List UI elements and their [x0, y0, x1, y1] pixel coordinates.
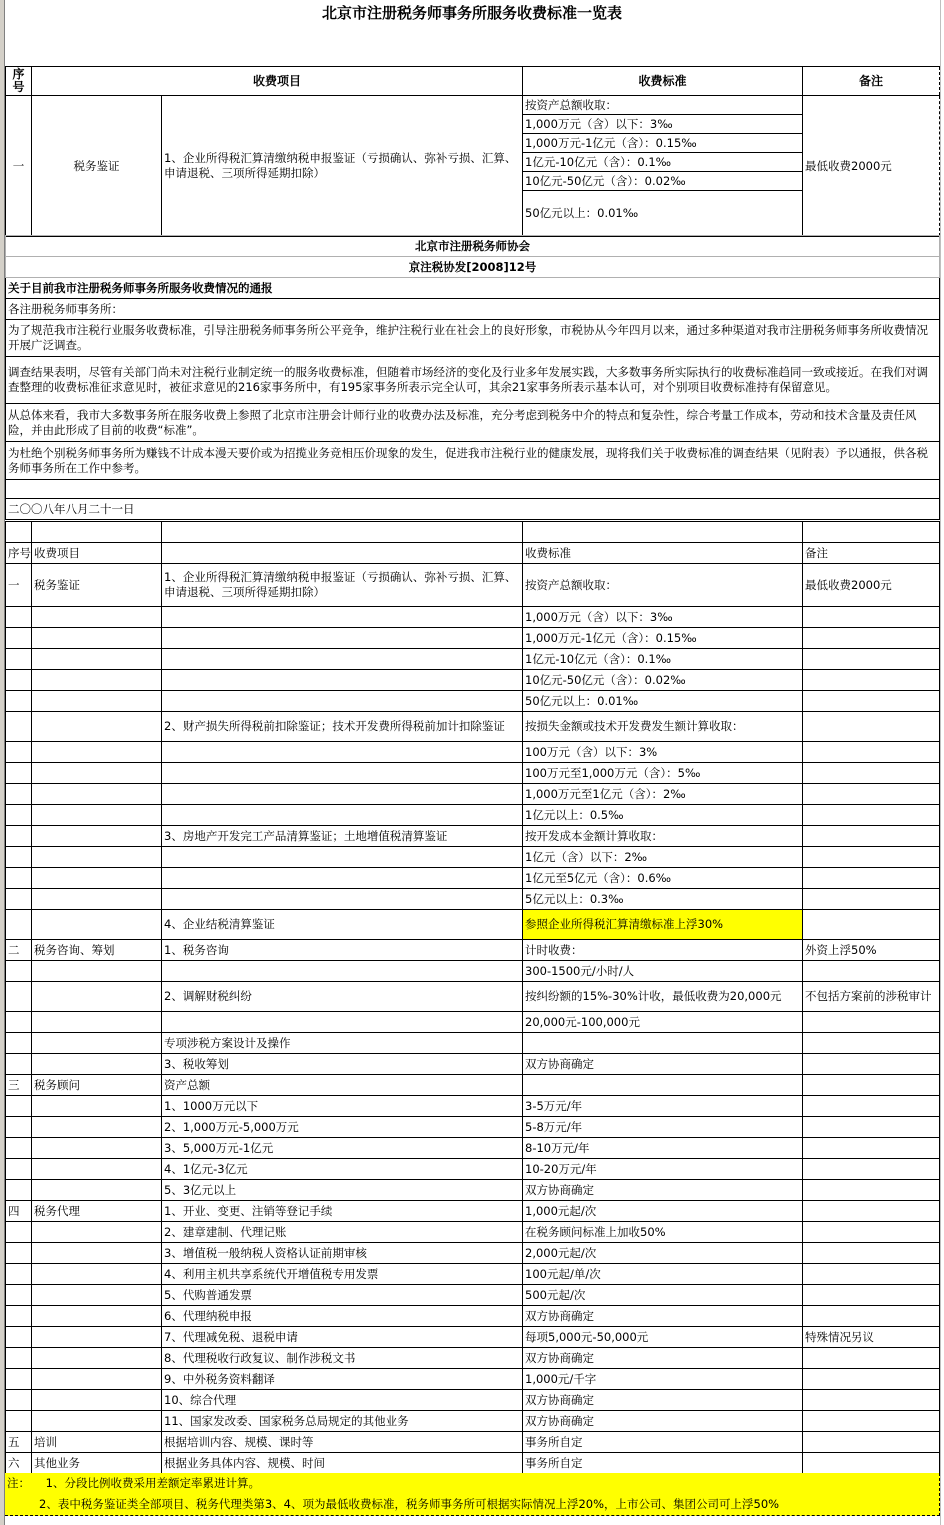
- row-item: 5、3亿元以上: [162, 1180, 523, 1201]
- row-standard: 1,000元/千字: [523, 1369, 803, 1390]
- row-standard: 100万元（含）以下：3%: [523, 742, 803, 763]
- row-category: 培训: [32, 1432, 162, 1453]
- row-no: [6, 1285, 32, 1306]
- table-row: 4、利用主机共享系统代开增值税专用发票100元起/单/次: [6, 1264, 940, 1285]
- cell: [32, 522, 162, 543]
- row-category: [32, 712, 162, 742]
- row-remark: [803, 1453, 940, 1474]
- row-standard: 1,000万元（含）以下：3‰: [523, 607, 803, 628]
- row-category: 税务鉴证: [32, 96, 162, 237]
- row-category: [32, 1096, 162, 1117]
- row-item: 9、中外税务资料翻译: [162, 1369, 523, 1390]
- fee-table: 序号收费项目收费标准备注一税务鉴证1、企业所得税汇算清缴纳税申报鉴证（亏损确认、…: [5, 521, 940, 1474]
- row-no: [6, 649, 32, 670]
- row-remark: [803, 847, 940, 868]
- row-standard: 按资产总额收取：: [523, 564, 803, 607]
- row-remark: [803, 691, 940, 712]
- row-category: [32, 868, 162, 889]
- notice-date: 二〇〇八年八月二十一日: [6, 499, 940, 520]
- row-standard: 100万元至1,000万元（含）：5‰: [523, 763, 803, 784]
- row-standard: 10-20万元/年: [523, 1159, 803, 1180]
- header-item: 收费项目: [32, 543, 162, 564]
- table-row: 2、1,000万元-5,000万元5-8万元/年: [6, 1117, 940, 1138]
- row-item: 1、税务咨询: [162, 940, 523, 961]
- row-item: 3、房地产开发完工产品清算鉴证；土地增值税清算鉴证: [162, 826, 523, 847]
- row-category: [32, 763, 162, 784]
- row-no: [6, 628, 32, 649]
- row-standard: 5亿元以上：0.3‰: [523, 889, 803, 910]
- table-row: 1,000万元（含）以下：3‰: [6, 607, 940, 628]
- row-no: [6, 910, 32, 940]
- row-no: 五: [6, 1432, 32, 1453]
- row-no: [6, 1348, 32, 1369]
- row-category: [32, 847, 162, 868]
- row-item: 根据培训内容、规模、课时等: [162, 1432, 523, 1453]
- header-row: 序号收费项目收费标准备注: [6, 543, 940, 564]
- row-standard: 1亿元-10亿元（含）：0.1‰: [523, 649, 803, 670]
- row-category: 税务顾问: [32, 1075, 162, 1096]
- row-remark: [803, 763, 940, 784]
- cell: [523, 522, 803, 543]
- row-item: [162, 607, 523, 628]
- row-standard: 事务所自定: [523, 1432, 803, 1453]
- row-no: [6, 1411, 32, 1432]
- row-standard: 1,000万元-1亿元（含）：0.15‰: [523, 628, 803, 649]
- cell: [803, 522, 940, 543]
- row-item: 8、代理税收行政复议、制作涉税文书: [162, 1348, 523, 1369]
- row-item: [162, 670, 523, 691]
- row-remark: [803, 1201, 940, 1222]
- table-row: 1亿元（含）以下：2‰: [6, 847, 940, 868]
- row-remark: [803, 868, 940, 889]
- row-category: [32, 1411, 162, 1432]
- empty-row: [6, 480, 940, 499]
- row-remark: 外资上浮50%: [803, 940, 940, 961]
- row-no: [6, 889, 32, 910]
- row-standard: 每项5,000元-50,000元: [523, 1327, 803, 1348]
- notes-label: 注：: [7, 1476, 30, 1490]
- row-item: [162, 649, 523, 670]
- row-remark: [803, 649, 940, 670]
- row-standard: 双方协商确定: [523, 1306, 803, 1327]
- row-standard: [523, 1075, 803, 1096]
- notice-paragraph: 为了规范我市注税行业服务收费标准，引导注册税务师事务所公平竞争，维护注税行业在社…: [6, 320, 940, 357]
- row-remark: [803, 1348, 940, 1369]
- row-standard: 20,000元-100,000元: [523, 1012, 803, 1033]
- row-standard: 3-5万元/年: [523, 1096, 803, 1117]
- row-remark: [803, 826, 940, 847]
- row-remark: [803, 1222, 940, 1243]
- row-item: [162, 889, 523, 910]
- row-standard: 5-8万元/年: [523, 1117, 803, 1138]
- row-standard: 1,000元起/次: [523, 1201, 803, 1222]
- table-row: 6、代理纳税申报双方协商确定: [6, 1306, 940, 1327]
- row-no: [6, 1306, 32, 1327]
- row-category: [32, 1222, 162, 1243]
- row-standard: 2,000元起/次: [523, 1243, 803, 1264]
- row-remark: [803, 607, 940, 628]
- row-no: 四: [6, 1201, 32, 1222]
- row-item: 3、税收筹划: [162, 1054, 523, 1075]
- table-row: 10亿元-50亿元（含）：0.02‰: [6, 670, 940, 691]
- rate-line: 1亿元-10亿元（含）：0.1‰: [523, 153, 802, 172]
- note-line: 2、表中税务鉴证类全部项目、税务代理类第3、4、项为最低收费标准，税务师事务所可…: [5, 1494, 941, 1515]
- table-row: 10、综合代理双方协商确定: [6, 1390, 940, 1411]
- row-remark: [803, 889, 940, 910]
- row-no: [6, 868, 32, 889]
- row-remark: [803, 1390, 940, 1411]
- header-remark: 备注: [803, 543, 940, 564]
- header-standard: 收费标准: [523, 543, 803, 564]
- row-no: [6, 1390, 32, 1411]
- row-no: [6, 1159, 32, 1180]
- notes-block: 注： 1、分段比例收费采用差额定率累进计算。 2、表中税务鉴证类全部项目、税务代…: [5, 1473, 940, 1516]
- table-row: 7、代理减免税、退税申请每项5,000元-50,000元特殊情况另议: [6, 1327, 940, 1348]
- row-item: 3、增值税一般纳税人资格认证前期审核: [162, 1243, 523, 1264]
- row-remark: [803, 805, 940, 826]
- row-remark: [803, 1117, 940, 1138]
- row-standard: 100元起/单/次: [523, 1264, 803, 1285]
- row-category: 税务鉴证: [32, 564, 162, 607]
- table-row: 50亿元以上：0.01‰: [6, 691, 940, 712]
- row-category: [32, 1033, 162, 1054]
- row-no: [6, 826, 32, 847]
- row-item: 4、1亿元-3亿元: [162, 1159, 523, 1180]
- row-item: 4、利用主机共享系统代开增值税专用发票: [162, 1264, 523, 1285]
- row-remark: [803, 1432, 940, 1453]
- row-no: [6, 1096, 32, 1117]
- row-no: 二: [6, 940, 32, 961]
- row-item: 2、1,000万元-5,000万元: [162, 1117, 523, 1138]
- header-no-text: 序号: [8, 68, 29, 94]
- row-category: [32, 961, 162, 982]
- row-item: 1、企业所得税汇算清缴纳税申报鉴证（亏损确认、弥补亏损、汇算、申请退税、三项所得…: [162, 96, 523, 237]
- row-no: [6, 1180, 32, 1201]
- row-remark: [803, 961, 940, 982]
- row-no: [6, 670, 32, 691]
- table-row: 1亿元以上：0.5‰: [6, 805, 940, 826]
- row-no: [6, 1033, 32, 1054]
- row-category: [32, 607, 162, 628]
- notice-block: 北京市注册税务师协会 京注税协发[2008]12号 关于目前我市注册税务师事务所…: [5, 235, 940, 520]
- table-row: 3、5,000万元-1亿元8-10万元/年: [6, 1138, 940, 1159]
- row-no: [6, 691, 32, 712]
- row-remark: [803, 1411, 940, 1432]
- table-row: 3、增值税一般纳税人资格认证前期审核2,000元起/次: [6, 1243, 940, 1264]
- row-remark: [803, 1180, 940, 1201]
- notice-doc-no: 京注税协发[2008]12号: [6, 257, 940, 278]
- row-remark: [803, 1096, 940, 1117]
- row-remark: [803, 712, 940, 742]
- row-remark: [803, 1054, 940, 1075]
- row-item: [162, 742, 523, 763]
- table-row: 100万元（含）以下：3%: [6, 742, 940, 763]
- row-item: 4、企业结税清算鉴证: [162, 910, 523, 940]
- row-standard: 50亿元以上：0.01‰: [523, 691, 803, 712]
- row-standard: 事务所自定: [523, 1453, 803, 1474]
- row-standard: 双方协商确定: [523, 1411, 803, 1432]
- empty-row: [6, 522, 940, 543]
- row-category: [32, 691, 162, 712]
- row-standard: 1亿元以上：0.5‰: [523, 805, 803, 826]
- row-remark: 最低收费2000元: [803, 564, 940, 607]
- header-sub: [162, 543, 523, 564]
- table-row: 专项涉税方案设计及操作: [6, 1033, 940, 1054]
- table-row: 2、调解财税纠纷按纠纷额的15%-30%计收，最低收费为20,000元不包括方案…: [6, 982, 940, 1012]
- table-row: 1,000万元至1亿元（含）：2‰: [6, 784, 940, 805]
- row-item: 1、企业所得税汇算清缴纳税申报鉴证（亏损确认、弥补亏损、汇算、申请退税、三项所得…: [162, 564, 523, 607]
- row-no: 一: [6, 564, 32, 607]
- row-item: 2、财产损失所得税前扣除鉴证；技术开发费所得税前加计扣除鉴证: [162, 712, 523, 742]
- row-no: [6, 1054, 32, 1075]
- row-remark: [803, 1306, 940, 1327]
- row-category: [32, 1243, 162, 1264]
- row-item: [162, 868, 523, 889]
- row-category: [32, 628, 162, 649]
- row-no: [6, 742, 32, 763]
- row-remark: [803, 1285, 940, 1306]
- table-row: 100万元至1,000万元（含）：5‰: [6, 763, 940, 784]
- row-no: [6, 1012, 32, 1033]
- row-standard: 按开发成本金额计算收取：: [523, 826, 803, 847]
- rate-line: 按资产总额收取：: [523, 96, 802, 115]
- table-row: 5、代购普通发票500元起/次: [6, 1285, 940, 1306]
- row-category: [32, 742, 162, 763]
- table-row: 3、房地产开发完工产品清算鉴证；土地增值税清算鉴证按开发成本金额计算收取：: [6, 826, 940, 847]
- rate-line: 1,000万元-1亿元（含）：0.15‰: [523, 134, 802, 153]
- row-remark: [803, 1012, 940, 1033]
- row-category: [32, 1369, 162, 1390]
- table-row: 1亿元至5亿元（含）：0.6‰: [6, 868, 940, 889]
- row-item: 专项涉税方案设计及操作: [162, 1033, 523, 1054]
- row-item: 2、建章建制、代理记账: [162, 1222, 523, 1243]
- row-no: [6, 982, 32, 1012]
- row-category: [32, 1180, 162, 1201]
- table-row: 3、税收筹划双方协商确定: [6, 1054, 940, 1075]
- header-item: 收费项目: [32, 67, 523, 96]
- row-remark: 特殊情况另议: [803, 1327, 940, 1348]
- table-row: 20,000元-100,000元: [6, 1012, 940, 1033]
- table-row: 300-1500元/小时/人: [6, 961, 940, 982]
- row-remark: [803, 1075, 940, 1096]
- table-row: 六其他业务根据业务具体内容、规模、时间事务所自定: [6, 1453, 940, 1474]
- row-standard: 按损失金额或技术开发费发生额计算收取：: [523, 712, 803, 742]
- row-remark: [803, 1243, 940, 1264]
- row-category: [32, 1117, 162, 1138]
- table-row: 三税务顾问资产总额: [6, 1075, 940, 1096]
- row-item: [162, 961, 523, 982]
- table-row: 11、国家发改委、国家税务总局规定的其他业务双方协商确定: [6, 1411, 940, 1432]
- row-item: 2、调解财税纠纷: [162, 982, 523, 1012]
- row-item: 7、代理减免税、退税申请: [162, 1327, 523, 1348]
- table-row: 四税务代理1、开业、变更、注销等登记手续1,000元起/次: [6, 1201, 940, 1222]
- row-standard: 计时收费：: [523, 940, 803, 961]
- row-category: [32, 1012, 162, 1033]
- header-remark: 备注: [803, 67, 940, 96]
- row-no: [6, 805, 32, 826]
- table-row: 2、财产损失所得税前扣除鉴证；技术开发费所得税前加计扣除鉴证按损失金额或技术开发…: [6, 712, 940, 742]
- row-item: [162, 763, 523, 784]
- row-category: [32, 1159, 162, 1180]
- row-standard: 在税务顾问标准上加收50%: [523, 1222, 803, 1243]
- row-item: 根据业务具体内容、规模、时间: [162, 1453, 523, 1474]
- row-standard: 按纠纷额的15%-30%计收，最低收费为20,000元: [523, 982, 803, 1012]
- row-no: [6, 1369, 32, 1390]
- table-row: 5、3亿元以上双方协商确定: [6, 1180, 940, 1201]
- row-no: [6, 763, 32, 784]
- notice-paragraph: 从总体来看，我市大多数事务所在服务收费上参照了北京市注册会计师行业的收费办法及标…: [6, 404, 940, 442]
- notice-subject: 关于目前我市注册税务师事务所服务收费情况的通报: [6, 278, 940, 299]
- row-category: [32, 1390, 162, 1411]
- row-standard: 10亿元-50亿元（含）：0.02‰: [523, 670, 803, 691]
- table-row: 8、代理税收行政复议、制作涉税文书双方协商确定: [6, 1348, 940, 1369]
- row-standard: 参照企业所得税汇算清缴标准上浮30%: [523, 910, 803, 940]
- row-category: [32, 1306, 162, 1327]
- summary-table: 序号 收费项目 收费标准 备注 一 税务鉴证 1、企业所得税汇算清缴纳税申报鉴证…: [5, 66, 940, 237]
- row-item: [162, 847, 523, 868]
- row-remark: [803, 670, 940, 691]
- note-line: 注： 1、分段比例收费采用差额定率累进计算。: [5, 1473, 941, 1494]
- row-item: [162, 1012, 523, 1033]
- row-category: [32, 982, 162, 1012]
- note-text: 1、分段比例收费采用差额定率累进计算。: [34, 1476, 260, 1490]
- row-standard: 双方协商确定: [523, 1180, 803, 1201]
- row-standard: 双方协商确定: [523, 1054, 803, 1075]
- row-no: [6, 961, 32, 982]
- row-no: [6, 1117, 32, 1138]
- row-item: [162, 628, 523, 649]
- row-category: [32, 826, 162, 847]
- rate-list: 按资产总额收取：1,000万元（含）以下：3‰1,000万元-1亿元（含）：0.…: [523, 96, 803, 237]
- row-item: 3、5,000万元-1亿元: [162, 1138, 523, 1159]
- row-standard: 500元起/次: [523, 1285, 803, 1306]
- row-item: [162, 784, 523, 805]
- row-no: [6, 1243, 32, 1264]
- header-no: 序号: [6, 543, 32, 564]
- row-category: [32, 649, 162, 670]
- row-item: 6、代理纳税申报: [162, 1306, 523, 1327]
- row-category: [32, 1348, 162, 1369]
- right-gutter: [940, 0, 944, 1525]
- row-item: [162, 691, 523, 712]
- cell: [6, 522, 32, 543]
- row-no: [6, 1138, 32, 1159]
- row-item: 11、国家发改委、国家税务总局规定的其他业务: [162, 1411, 523, 1432]
- row-category: [32, 1327, 162, 1348]
- row-standard: 300-1500元/小时/人: [523, 961, 803, 982]
- row-category: [32, 1264, 162, 1285]
- rate-line: 1,000万元（含）以下：3‰: [523, 115, 802, 134]
- row-remark: 不包括方案前的涉税审计: [803, 982, 940, 1012]
- row-remark: [803, 784, 940, 805]
- row-no: [6, 1222, 32, 1243]
- row-remark: [803, 628, 940, 649]
- rate-line: 10亿元-50亿元（含）：0.02‰: [523, 172, 802, 191]
- row-remark: 最低收费2000元: [803, 96, 940, 237]
- row-standard: 双方协商确定: [523, 1390, 803, 1411]
- notice-paragraph: 调查结果表明，尽管有关部门尚未对注税行业制定统一的服务收费标准，但随着市场经济的…: [6, 357, 940, 404]
- row-no: 三: [6, 1075, 32, 1096]
- row-category: 税务代理: [32, 1201, 162, 1222]
- row-no: [6, 1327, 32, 1348]
- row-item: 10、综合代理: [162, 1390, 523, 1411]
- row-standard: 双方协商确定: [523, 1348, 803, 1369]
- row-no: [6, 1264, 32, 1285]
- row-category: [32, 670, 162, 691]
- row-standard: 1亿元（含）以下：2‰: [523, 847, 803, 868]
- row-item: [162, 805, 523, 826]
- row-no: [6, 712, 32, 742]
- table-row: 1,000万元-1亿元（含）：0.15‰: [6, 628, 940, 649]
- row-remark: [803, 1138, 940, 1159]
- row-item: 5、代购普通发票: [162, 1285, 523, 1306]
- note-text: 2、表中税务鉴证类全部项目、税务代理类第3、4、项为最低收费标准，税务师事务所可…: [7, 1497, 779, 1511]
- table-row: 五培训根据培训内容、规模、课时等事务所自定: [6, 1432, 940, 1453]
- row-item: 资产总额: [162, 1075, 523, 1096]
- table-row: 一税务鉴证1、企业所得税汇算清缴纳税申报鉴证（亏损确认、弥补亏损、汇算、申请退税…: [6, 564, 940, 607]
- cell: [162, 522, 523, 543]
- row-item: 1、开业、变更、注销等登记手续: [162, 1201, 523, 1222]
- row-item: 1、1000万元以下: [162, 1096, 523, 1117]
- row-category: [32, 1054, 162, 1075]
- row-no: [6, 784, 32, 805]
- table-row: 4、1亿元-3亿元10-20万元/年: [6, 1159, 940, 1180]
- row-remark: [803, 1264, 940, 1285]
- notice-paragraph: 为杜绝个别税务师事务所为赚钱不计成本漫天要价或为招揽业务竞相压价现象的发生，促进…: [6, 442, 940, 480]
- notice-salutation: 各注册税务师事务所：: [6, 299, 940, 320]
- row-category: 税务咨询、筹划: [32, 940, 162, 961]
- notice-org: 北京市注册税务师协会: [6, 236, 940, 257]
- row-category: 其他业务: [32, 1453, 162, 1474]
- row-no: 六: [6, 1453, 32, 1474]
- table-row: 5亿元以上：0.3‰: [6, 889, 940, 910]
- row-remark: [803, 1159, 940, 1180]
- row-category: [32, 1285, 162, 1306]
- row-remark: [803, 910, 940, 940]
- row-category: [32, 910, 162, 940]
- row-category: [32, 889, 162, 910]
- row-remark: [803, 742, 940, 763]
- row-standard: 1,000万元至1亿元（含）：2‰: [523, 784, 803, 805]
- row-standard: 8-10万元/年: [523, 1138, 803, 1159]
- row-no: [6, 847, 32, 868]
- table-row: 二税务咨询、筹划1、税务咨询计时收费：外资上浮50%: [6, 940, 940, 961]
- header-standard: 收费标准: [523, 67, 803, 96]
- row-remark: [803, 1033, 940, 1054]
- row-no: 一: [6, 96, 32, 237]
- row-category: [32, 805, 162, 826]
- header-no: 序号: [6, 67, 32, 96]
- row-category: [32, 784, 162, 805]
- table-row: 9、中外税务资料翻译1,000元/千字: [6, 1369, 940, 1390]
- row-standard: 1亿元至5亿元（含）：0.6‰: [523, 868, 803, 889]
- table-row: 2、建章建制、代理记账在税务顾问标准上加收50%: [6, 1222, 940, 1243]
- row-standard: [523, 1033, 803, 1054]
- page-title: 北京市注册税务师事务所服务收费标准一览表: [5, 0, 939, 66]
- table-row: 1亿元-10亿元（含）：0.1‰: [6, 649, 940, 670]
- rate-line: 50亿元以上：0.01‰: [523, 191, 802, 236]
- row-category: [32, 1138, 162, 1159]
- row-remark: [803, 1369, 940, 1390]
- table-row: 1、1000万元以下3-5万元/年: [6, 1096, 940, 1117]
- table-row: 4、企业结税清算鉴证参照企业所得税汇算清缴标准上浮30%: [6, 910, 940, 940]
- row-no: [6, 607, 32, 628]
